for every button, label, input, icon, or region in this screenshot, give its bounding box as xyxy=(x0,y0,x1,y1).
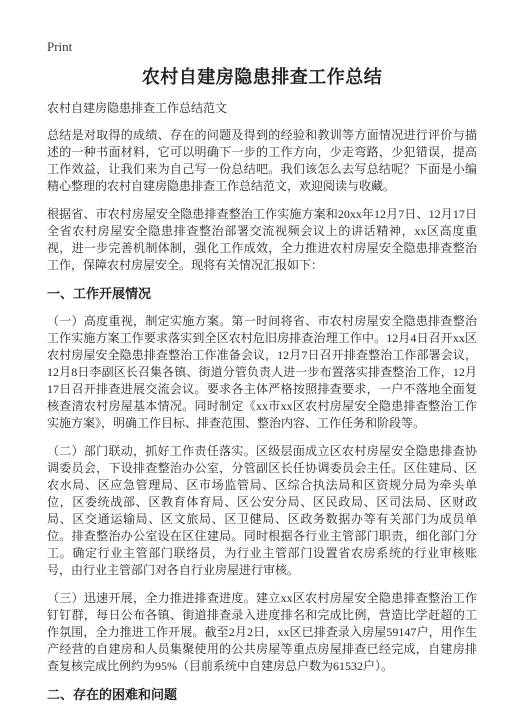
background-paragraph: 根据省、市农村房屋安全隐患排查整治工作实施方案和20xx年12月7日、12月17… xyxy=(47,206,477,274)
intro-paragraph: 总结是对取得的成绩、存在的问题及得到的经验和教训等方面情况进行评价与描述的一种书… xyxy=(47,127,477,195)
document-subtitle: 农村自建房隐患排查工作总结范文 xyxy=(47,100,477,116)
section-paragraph-3: （三）迅速开展，全力推进排查进度。建立xx区农村房屋安全隐患排查整治工作钉钉群，… xyxy=(47,590,477,675)
section-heading-difficulties: 二、存在的困难和问题 xyxy=(47,686,477,703)
section-paragraph-2: （二）部门联动，抓好工作责任落实。区级层面成立区农村房屋安全隐患排查协调委员会，… xyxy=(47,443,477,579)
section-heading-work-progress: 一、工作开展情况 xyxy=(47,285,477,302)
print-button[interactable]: Print xyxy=(47,40,72,54)
section-paragraph-1: （一）高度重视，制定实施方案。第一时间将省、市农村房屋安全隐患排查整治工作实施方… xyxy=(47,313,477,432)
document-title: 农村自建房隐患排查工作总结 xyxy=(47,65,477,89)
document-page: Print 农村自建房隐患排查工作总结 农村自建房隐患排查工作总结范文 总结是对… xyxy=(0,0,520,718)
